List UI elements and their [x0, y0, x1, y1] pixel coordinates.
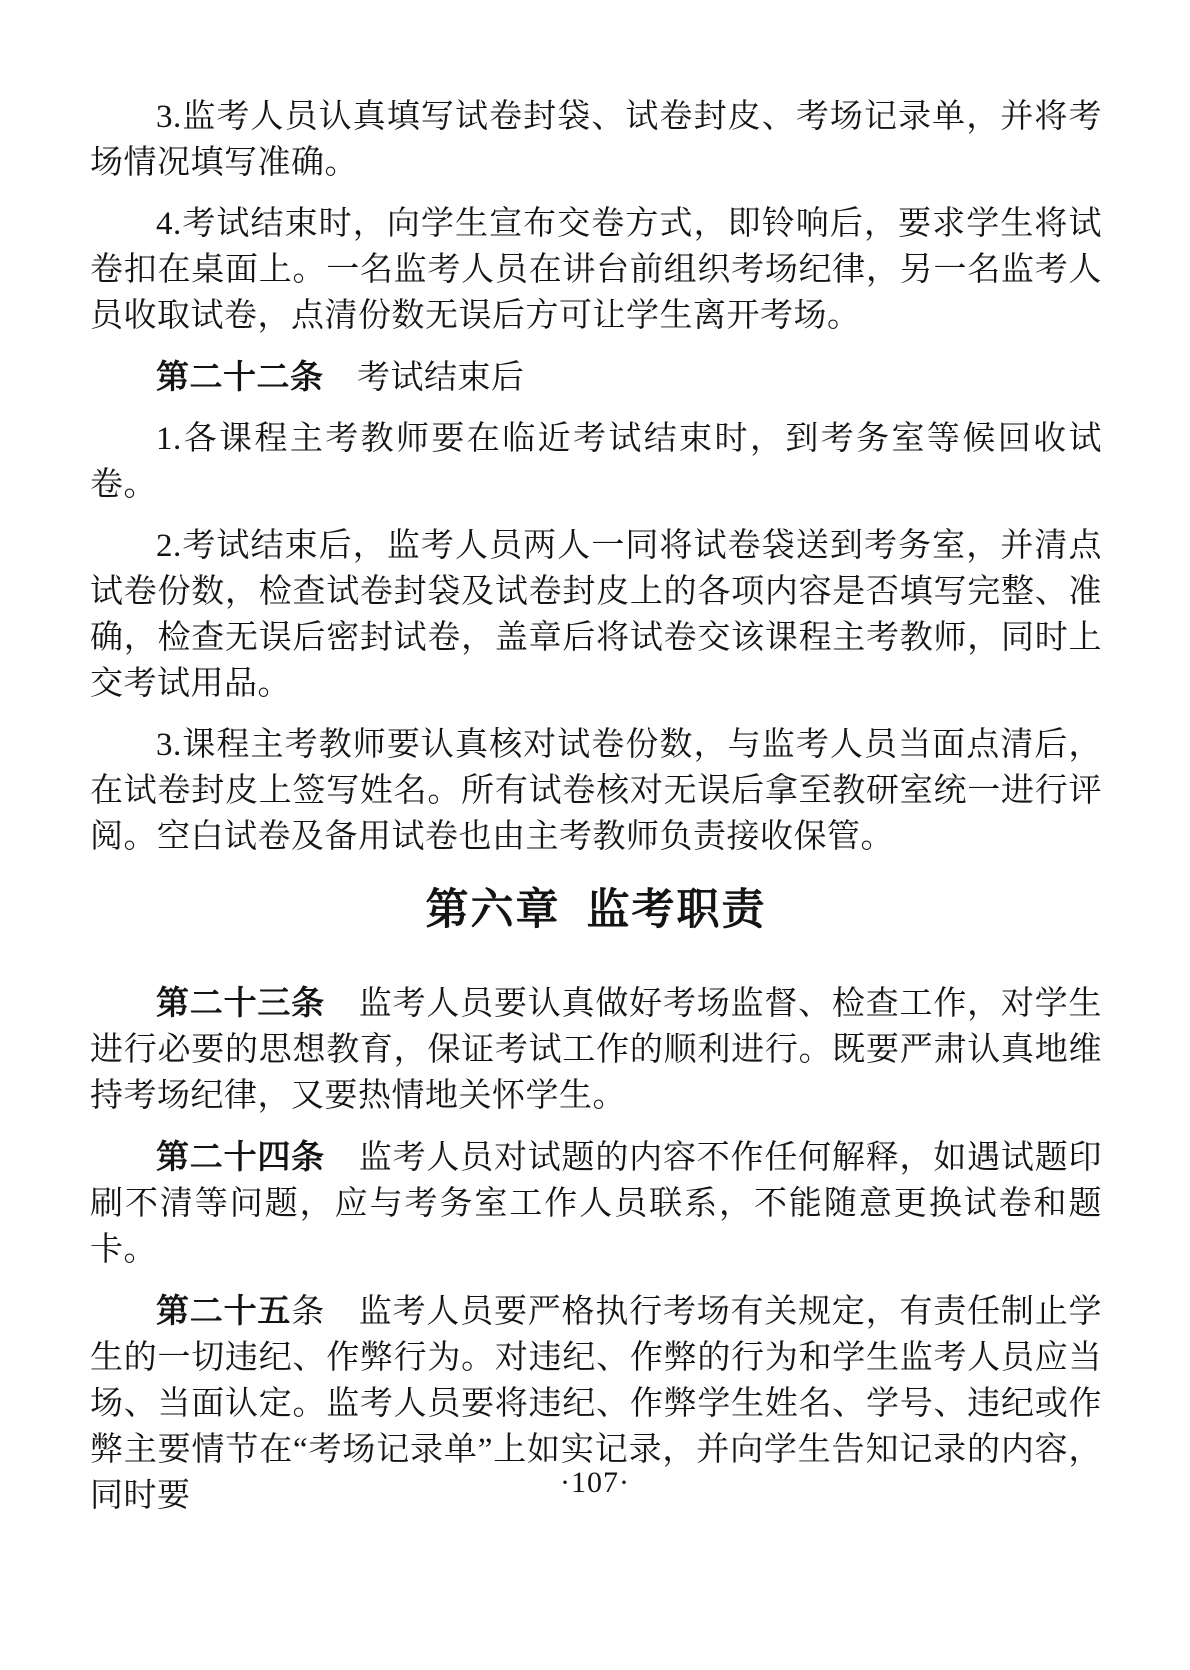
paragraph-text: 3.课程主考教师要认真核对试卷份数，与监考人员当面点清后，在试卷封皮上签写姓名。…	[90, 727, 1102, 855]
article-22-heading: 第二十二条 考试结束后	[90, 354, 1102, 401]
paragraph-item-1: 1.各课程主考教师要在临近考试结束时，到考务室等候回收试卷。	[90, 416, 1102, 508]
article-24-paragraph: 第二十四条 监考人员对试题的内容不作任何解释，如遇试题印刷不清等问题，应与考务室…	[90, 1134, 1102, 1273]
paragraph-text: 4.考试结束时，向学生宣布交卷方式，即铃响后，要求学生将试卷扣在桌面上。一名监考…	[90, 206, 1102, 334]
paragraph-item-2: 2.考试结束后，监考人员两人一同将试卷袋送到考务室，并清点试卷份数，检查试卷封袋…	[90, 523, 1102, 707]
article-number: 第二十三条	[156, 984, 325, 1021]
page-number: ·107·	[0, 1463, 1190, 1503]
document-page: 3.监考人员认真填写试卷封袋、试卷封皮、考场记录单，并将考场情况填写准确。 4.…	[0, 0, 1190, 1670]
article-23-paragraph: 第二十三条 监考人员要认真做好考场监督、检查工作，对学生进行必要的思想教育，保证…	[90, 980, 1102, 1119]
paragraph-text: 2.考试结束后，监考人员两人一同将试卷袋送到考务室，并清点试卷份数，检查试卷封袋…	[90, 528, 1102, 702]
article-number: 第二十四条	[156, 1138, 325, 1175]
page-content: 3.监考人员认真填写试卷封袋、试卷封皮、考场记录单，并将考场情况填写准确。 4.…	[90, 94, 1102, 1534]
article-number: 第二十二条	[156, 358, 324, 395]
article-title: 考试结束后	[324, 360, 525, 396]
article-number: 第二十五	[156, 1292, 291, 1329]
paragraph-item-4: 4.考试结束时，向学生宣布交卷方式，即铃响后，要求学生将试卷扣在桌面上。一名监考…	[90, 201, 1102, 339]
chapter-heading: 第六章 监考职责	[90, 882, 1102, 938]
paragraph-text: 1.各课程主考教师要在临近考试结束时，到考务室等候回收试卷。	[90, 421, 1102, 503]
paragraph-item-3: 3.监考人员认真填写试卷封袋、试卷封皮、考场记录单，并将考场情况填写准确。	[90, 94, 1102, 186]
paragraph-item-3b: 3.课程主考教师要认真核对试卷份数，与监考人员当面点清后，在试卷封皮上签写姓名。…	[90, 722, 1102, 860]
paragraph-text: 3.监考人员认真填写试卷封袋、试卷封皮、考场记录单，并将考场情况填写准确。	[90, 99, 1102, 181]
